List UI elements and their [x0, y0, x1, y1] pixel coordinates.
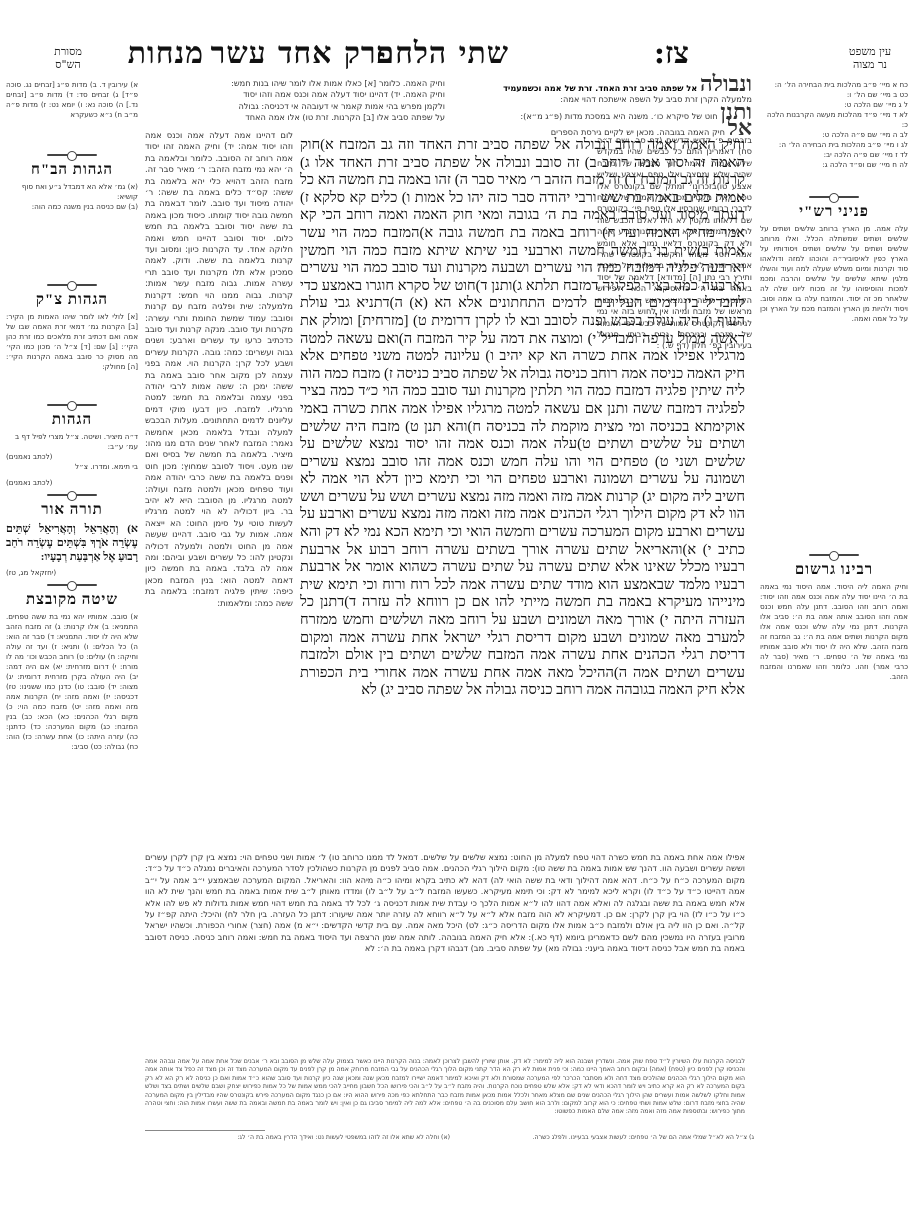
- label-line: נר מצוה: [840, 58, 900, 71]
- torah-or-verse: א) וְהָאֲרִאֵל וְהָאֲרִיאֵל שְׁתֵּים עֶש…: [6, 522, 138, 564]
- torah-or-section: תורה אור א) וְהָאֲרִאֵל וְהָאֲרִיאֵל שְׁ…: [6, 490, 138, 578]
- shita-mekubetzet-section: שיטה מקובצת א) סובב. אמותיו יהא נמי בת ש…: [6, 580, 138, 1082]
- ein-mishpat-line: ל ג מיי׳ שם הלכה ט:: [760, 100, 908, 110]
- tosafot-opening-block: וחיק האמה. כלומר [א] כאלו אמות אלו לומר …: [145, 78, 445, 124]
- rashi-text: חוט של סיקרא כו׳. משנה היא במסכת מדות (פ…: [520, 111, 720, 121]
- tosafot-line: על שפתה סביב אלו [ב] הקרנות. זרת טו) אלו…: [145, 112, 445, 123]
- pnei-rashi-section: פניני רש"י עלה אמה. מן הארץ ברוחב שלשים …: [760, 192, 908, 554]
- hagahot-line: ד״ה מיציר. ושיטה. צ״ל מצרי לפיל דף ב עמ׳…: [6, 432, 138, 452]
- ein-mishpat-line: לה ח מיי׳ שם ופ״ד הלכה ג:: [760, 160, 908, 170]
- rashi-line: מלמעלה הקרן זרת סביב על השפה אישתכח דהוי…: [462, 94, 752, 105]
- rashi-text: אל שפתה סביב זרת האחד. זרת של אמה וכשמעמ…: [503, 83, 700, 93]
- hagahot-habach-line: (א) גמ׳ אלא הא דמבדל ג״ע ואח סוף קושיא:: [6, 182, 138, 202]
- pnei-rashi-text: עלה אמה. מן הארץ ברוחב שלשים ושתים על של…: [760, 224, 908, 554]
- label-line: מסורת: [38, 45, 98, 58]
- tractate-title: מנחות: [128, 36, 204, 71]
- tosafot-line: ולקמן מפרש בהי אמות קאמר אי דעובהה אי דכ…: [145, 101, 445, 112]
- hagahot-line: בי תימא. ומדרו. צ״ל: [6, 462, 138, 472]
- hagahot-habach-section: הגהות הב"ח (א) גמ׳ אלא הא דמבדל ג״ע ואח …: [6, 150, 138, 212]
- hagahot-habach-title: הגהות הב"ח: [6, 162, 138, 179]
- ein-mishpat-line: כט ב מיי׳ שם הל׳ ו:: [760, 90, 908, 100]
- footnote-rule: [145, 1130, 265, 1131]
- rashi-opening-block: ונבולה אל שפתה סביב זרת האחד. זרת של אמה…: [462, 78, 752, 139]
- masoret-text: א) עירובין ד. ב) מדות פ״ג [זבחים נג. סוכ…: [6, 80, 138, 120]
- hagahot-tzk-title: הגהות צ"ק: [6, 292, 138, 309]
- rabbeinu-gershom-section: רבינו גרשום וחיק האמה ליה היסוד. אמה היס…: [760, 550, 908, 1082]
- footnotes-block: לבניסה הקרנות עלו השיורין ל״ד טפח שוק אמ…: [145, 1058, 745, 1120]
- ein-mishpat-line: לג ו מיי׳ פ״ב מהלכות בית הבחירה הל׳ ה:: [760, 140, 908, 150]
- daf-number: צז:: [654, 36, 689, 71]
- torah-or-source: (יחזקאל מג, טז): [6, 568, 138, 578]
- ornament-divider-icon: [760, 550, 908, 560]
- gemara-main-text: וחיק האמה ואמה רוחב ונבולה אל שפתה סביב …: [300, 137, 745, 842]
- rabbeinu-gershom-title: רבינו גרשום: [760, 562, 908, 579]
- rashi-bottom-block: אפילו אמה אחת באמה בת חמש כשרה דהוי טפח …: [145, 852, 745, 1052]
- ein-mishpat-line: לב ה מיי׳ שם פ״ה הלכה ט:: [760, 130, 908, 140]
- ornament-divider-icon: [6, 150, 138, 160]
- hagahot-title: הגהות: [6, 412, 138, 429]
- hagahot-section: הגהות ד״ה מיציר. ושיטה. צ״ל מצרי לפיל דף…: [6, 400, 138, 488]
- rashi-line: ונבולה אל שפתה סביב זרת האחד. זרת של אמה…: [462, 78, 752, 94]
- ornament-divider-icon: [6, 580, 138, 590]
- hagahot-line: (לכתב נאמנים): [6, 452, 138, 462]
- ein-mishpat-column: כח א מיי׳ פ״ב מהלכות בית הבחירה הל׳ ה: כ…: [760, 80, 908, 170]
- ein-mishpat-line: לא ד מיי׳ פ״ד מהלכות מעשה הקרבנות הלכה כ…: [760, 110, 908, 130]
- ein-mishpat-line: כח א מיי׳ פ״ב מהלכות בית הבחירה הל׳ ה:: [760, 80, 908, 90]
- label-line: עין משפט: [840, 45, 900, 58]
- ornament-divider-icon: [760, 192, 908, 202]
- ornament-divider-icon: [6, 490, 138, 500]
- torah-or-title: תורה אור: [6, 502, 138, 519]
- label-line: הש"ס: [38, 58, 98, 71]
- shita-mekubetzet-title: שיטה מקובצת: [6, 592, 138, 609]
- footnote-mark-right: ג) צ״ל הא לא״ל שמלי אמה הם של ה׳ טפחים: …: [454, 1134, 754, 1142]
- ein-mishpat-line: לד ז מיי׳ שם פ״ה הלכה יב:: [760, 150, 908, 160]
- masoret-column: א) עירובין ד. ב) מדות פ״ג [זבחים נג. סוכ…: [6, 80, 138, 120]
- hagahot-habach-line: (ב) שם כניסה בנין משנה כמה הוה:: [6, 202, 138, 212]
- rabbeinu-gershom-text: וחיק האמה ליה היסוד. אמה היסוד נמי באמה …: [760, 582, 908, 1082]
- ein-mishpat-label: עין משפט נר מצוה: [840, 45, 900, 71]
- hagahot-tzk-text: [א] לולי לאו לומר שיהו האמות מן הקיר: [ב…: [6, 312, 138, 372]
- tosafot-line: וחיק האמה. כלומר [א] כאלו אמות אלו לומר …: [145, 78, 445, 89]
- masoret-hashas-label: מסורת הש"ס: [38, 45, 98, 71]
- ornament-divider-icon: [6, 400, 138, 410]
- chapter-name: שתי הלחם: [375, 36, 509, 71]
- hagahot-tzk-section: הגהות צ"ק [א] לולי לאו לומר שיהו האמות מ…: [6, 280, 138, 372]
- shita-mekubetzet-text: א) סובב. אמותיו יהא נמי בת ששה טפחים. הת…: [6, 612, 138, 1082]
- ornament-divider-icon: [6, 280, 138, 290]
- footnote-mark-left: (א) וחלה לא שתא אלו זה לזהו במשפטי לעשות…: [150, 1134, 450, 1142]
- tosafot-side-column: לום דהיינו אמה דעלה אמה וכנס אמה וזהו יס…: [145, 130, 293, 880]
- pnei-rashi-title: פניני רש"י: [760, 204, 908, 221]
- tosafot-line: וחיק האמה. יד) דהיינו יסוד דעלה אמה וכנס…: [145, 89, 445, 100]
- hagahot-line: (לכתב נאמנים): [6, 478, 138, 488]
- dibur-hamatchil: ונבולה: [700, 71, 752, 96]
- perek-title: פרק אחד עשר: [211, 36, 394, 71]
- rashi-line: ותנן חוט של סיקרא כו׳. משנה היא במסכת מד…: [462, 106, 752, 122]
